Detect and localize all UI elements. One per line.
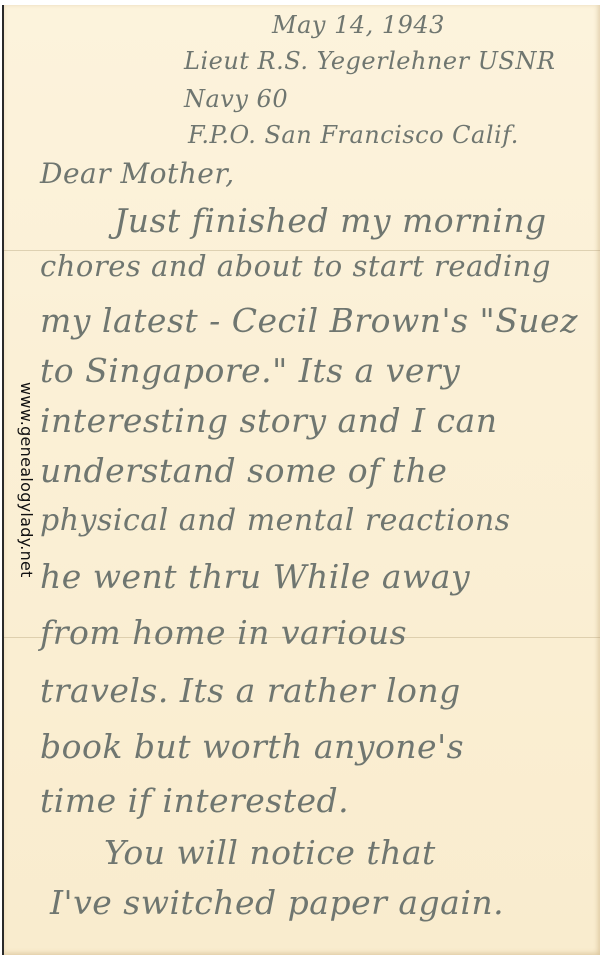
sender-line: Lieut R.S. Yegerlehner USNR	[184, 47, 555, 75]
body-line: You will notice that	[104, 833, 436, 872]
letter-page: May 14, 1943 Lieut R.S. Yegerlehner USNR…	[2, 5, 600, 955]
body-line: book but worth anyone's	[40, 727, 464, 766]
body-line: to Singapore." Its a very	[40, 351, 460, 390]
address-line: F.P.O. San Francisco Calif.	[188, 121, 519, 149]
body-line: physical and mental reactions	[40, 503, 511, 538]
body-line: from home in various	[40, 613, 407, 652]
body-line: Just finished my morning	[114, 201, 547, 240]
body-line: I've switched paper again.	[50, 883, 504, 922]
body-line: my latest - Cecil Brown's "Suez	[40, 301, 578, 340]
body-line: travels. Its a rather long	[40, 671, 461, 710]
watermark-text: www.genealogylady.net	[8, 382, 36, 592]
letter-date: May 14, 1943	[272, 11, 445, 39]
salutation: Dear Mother,	[40, 157, 235, 190]
body-line: time if interested.	[40, 781, 349, 820]
body-line: he went thru While away	[40, 557, 470, 596]
body-line: chores and about to start reading	[40, 249, 551, 283]
body-line: understand some of the	[40, 451, 447, 490]
unit-line: Navy 60	[184, 85, 288, 113]
body-line: interesting story and I can	[40, 401, 497, 440]
